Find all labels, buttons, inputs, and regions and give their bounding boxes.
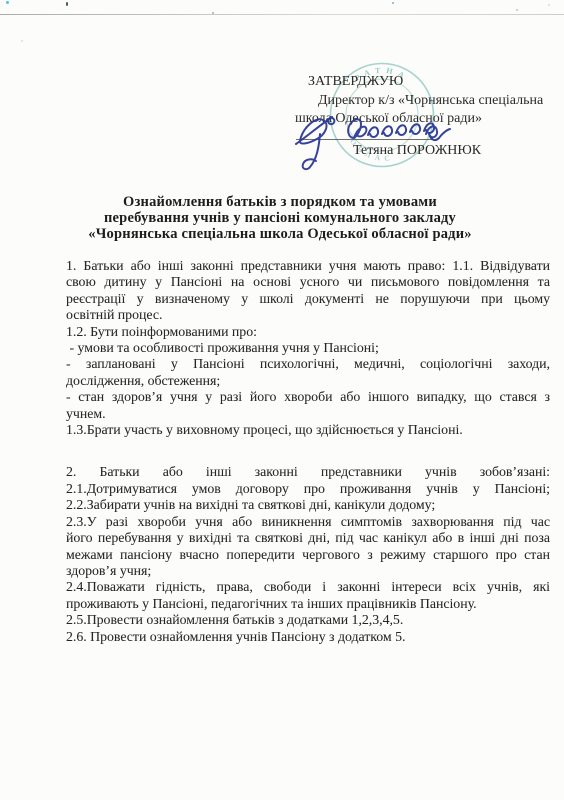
body-line: межами пансіону вчасно попередити чергов…	[66, 547, 550, 563]
body-paragraph-gap	[66, 438, 550, 464]
body-line: свою дитину у Пансіоні на основі усного …	[66, 274, 550, 290]
body-line: 2.3.У разі хвороби учня або виникнення с…	[66, 514, 550, 530]
body-line: учнем.	[66, 406, 550, 422]
scan-speck	[6, 1, 9, 4]
body-line: 2.5.Провести ознайомлення батьків з дода…	[66, 612, 550, 628]
body-line: 2.4.Поважати гідність, права, свободи і …	[66, 579, 550, 595]
scan-speck	[212, 12, 214, 14]
scan-speck	[548, 4, 550, 6]
body-line: освітній процес.	[66, 307, 550, 323]
signature	[288, 103, 460, 179]
body-line: здоров’я учня;	[66, 563, 550, 579]
body-line: - заплановані у Пансіоні психологічні, м…	[66, 356, 550, 372]
scan-speck	[21, 40, 23, 42]
title-line: перебування учнів у пансіоні комунальног…	[54, 210, 506, 226]
title-line: «Чорнянська спеціальна школа Одеської об…	[54, 226, 506, 242]
scan-speck	[66, 2, 68, 6]
approval-label: ЗАТВЕРДЖУЮ	[295, 73, 551, 92]
scan-edge-line	[0, 14, 564, 15]
body-line: 1.3.Брати участь у виховному процесі, що…	[66, 422, 550, 438]
scanned-document-page: РАТНА ОБЛАС ЗАТВЕРДЖУЮ Директор к/з «Чор…	[0, 0, 564, 800]
scan-speck	[392, 2, 394, 4]
body-line: 2.1.Дотримуватися умов договору про прож…	[66, 481, 550, 497]
scan-speck	[516, 9, 518, 11]
body-line: 2.2.Забирати учнів на вихідні та святков…	[66, 497, 550, 513]
document-title: Ознайомлення батьків з порядком та умова…	[54, 194, 506, 242]
title-line: Ознайомлення батьків з порядком та умова…	[54, 194, 506, 210]
body-line: проживають у Пансіоні, педагогічних та і…	[66, 596, 550, 612]
body-line: його перебування у вихідні та святкові д…	[66, 530, 550, 546]
body-line: 2.6. Провести ознайомлення учнів Пансіон…	[66, 629, 550, 645]
body-line: - умови та особливості проживання учня у…	[66, 340, 550, 356]
body-line: реєстрації у визначеному у школі докумен…	[66, 291, 550, 307]
body-line: 1.2. Бути поінформованими про:	[66, 324, 550, 340]
body-line: дослідження, обстеження;	[66, 373, 550, 389]
document-body: 1. Батьки або інші законні представники …	[66, 258, 550, 645]
body-line: - стан здоров’я учня у разі його хвороби…	[66, 389, 550, 405]
body-line: 1. Батьки або інші законні представники …	[66, 258, 550, 274]
signer-name: Тетяна ПОРОЖНЮК	[353, 143, 481, 159]
body-line: 2. Батьки або інші законні представники …	[66, 464, 550, 480]
